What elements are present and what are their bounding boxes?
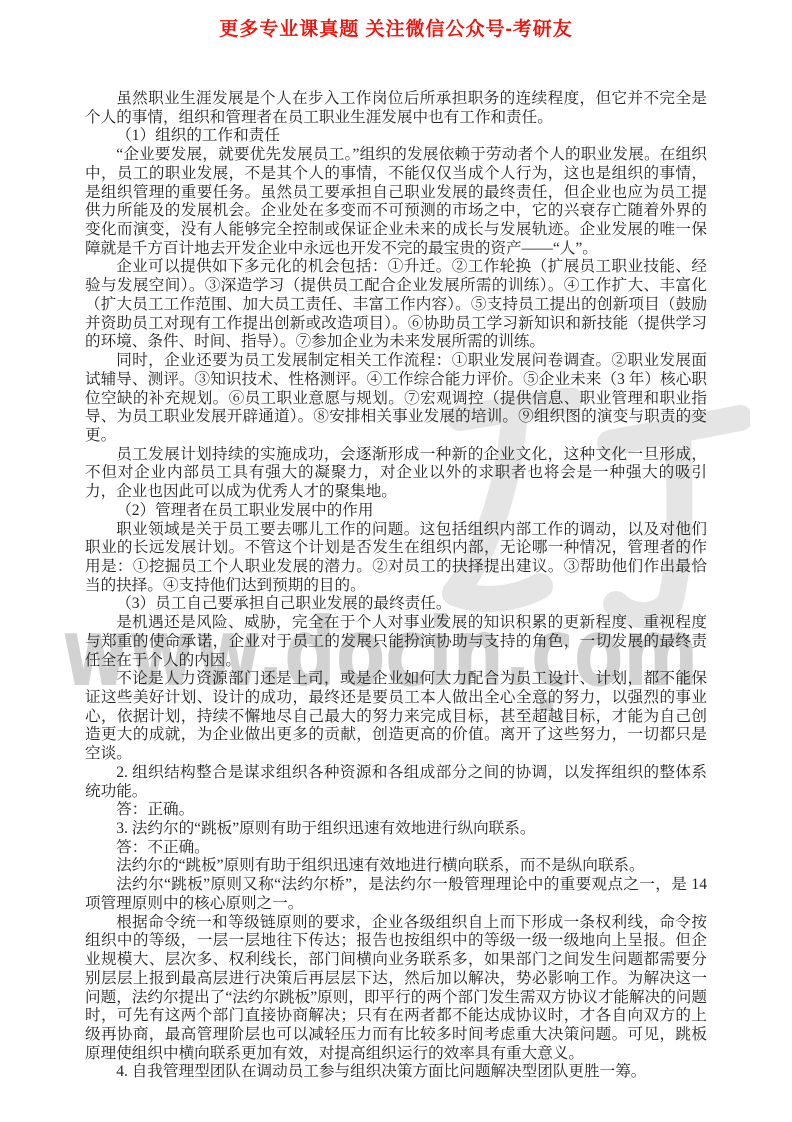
paragraph: 法约尔的“跳板”原则有助于组织迅速有效地进行横向联系，而不是纵向联系。 (85, 857, 707, 876)
question-statement: 2. 组织结构整合是谋求组织各种资源和各组成部分之间的协调，以发挥组织的整体系统… (85, 764, 707, 801)
paragraph: 职业领域是关于员工要去哪儿工作的问题。这包括组织内部工作的调动，以及对他们职业的… (85, 521, 707, 596)
question-statement: 3. 法约尔的“跳板”原则有助于组织迅速有效地进行纵向联系。 (85, 820, 707, 839)
answer-line: 答：正确。 (85, 801, 707, 820)
paragraph: “企业要发展，就要优先发展员工。”组织的发展依赖于劳动者个人的职业发展。在组织中… (85, 146, 707, 258)
paragraph: 员工发展计划持续的实施成功，会逐渐形成一种新的企业文化，这种文化一旦形成，不但对… (85, 446, 707, 502)
document-body: 虽然职业生涯发展是个人在步入工作岗位后所承担职务的连续程度，但它并不完全是个人的… (85, 90, 707, 1082)
answer-line: 答：不正确。 (85, 839, 707, 858)
paragraph: 企业可以提供如下多元化的机会包括：①升迁。②工作轮换（扩展员工职业技能、经验与发… (85, 258, 707, 352)
paragraph: 是机遇还是风险、威胁，完全在于个人对事业发展的知识积累的更新程度、重视程度与郑重… (85, 614, 707, 670)
subsection-heading: （3）员工自己要承担自己职业发展的最终责任。 (85, 595, 707, 614)
scanned-document-page: 更多专业课真题 关注微信公众号-考研友 www.docin.com 虽然职业生涯… (0, 0, 792, 1122)
paragraph: 虽然职业生涯发展是个人在步入工作岗位后所承担职务的连续程度，但它并不完全是个人的… (85, 90, 707, 127)
subsection-heading: （2）管理者在员工职业发展中的作用 (85, 502, 707, 521)
paragraph: 根据命令统一和等级链原则的要求，企业各级组织自上而下形成一条权利线，命令按组织中… (85, 914, 707, 1064)
question-statement: 4. 自我管理型团队在调动员工参与组织决策方面比问题解决型团队更胜一筹。 (85, 1063, 707, 1082)
subsection-heading: （1）组织的工作和责任 (85, 127, 707, 146)
promo-header-text: 更多专业课真题 关注微信公众号-考研友 (0, 14, 792, 41)
paragraph: 法约尔“跳板”原则又称“法约尔桥”，是法约尔一般管理理论中的重要观点之一，是 1… (85, 876, 707, 913)
paragraph: 不论是人力资源部门还是上司，或是企业如何大力配合为员工设计、计划，都不能保证这些… (85, 670, 707, 764)
paragraph: 同时，企业还要为员工发展制定相关工作流程：①职业发展问卷调查。②职业发展面试辅导… (85, 352, 707, 446)
